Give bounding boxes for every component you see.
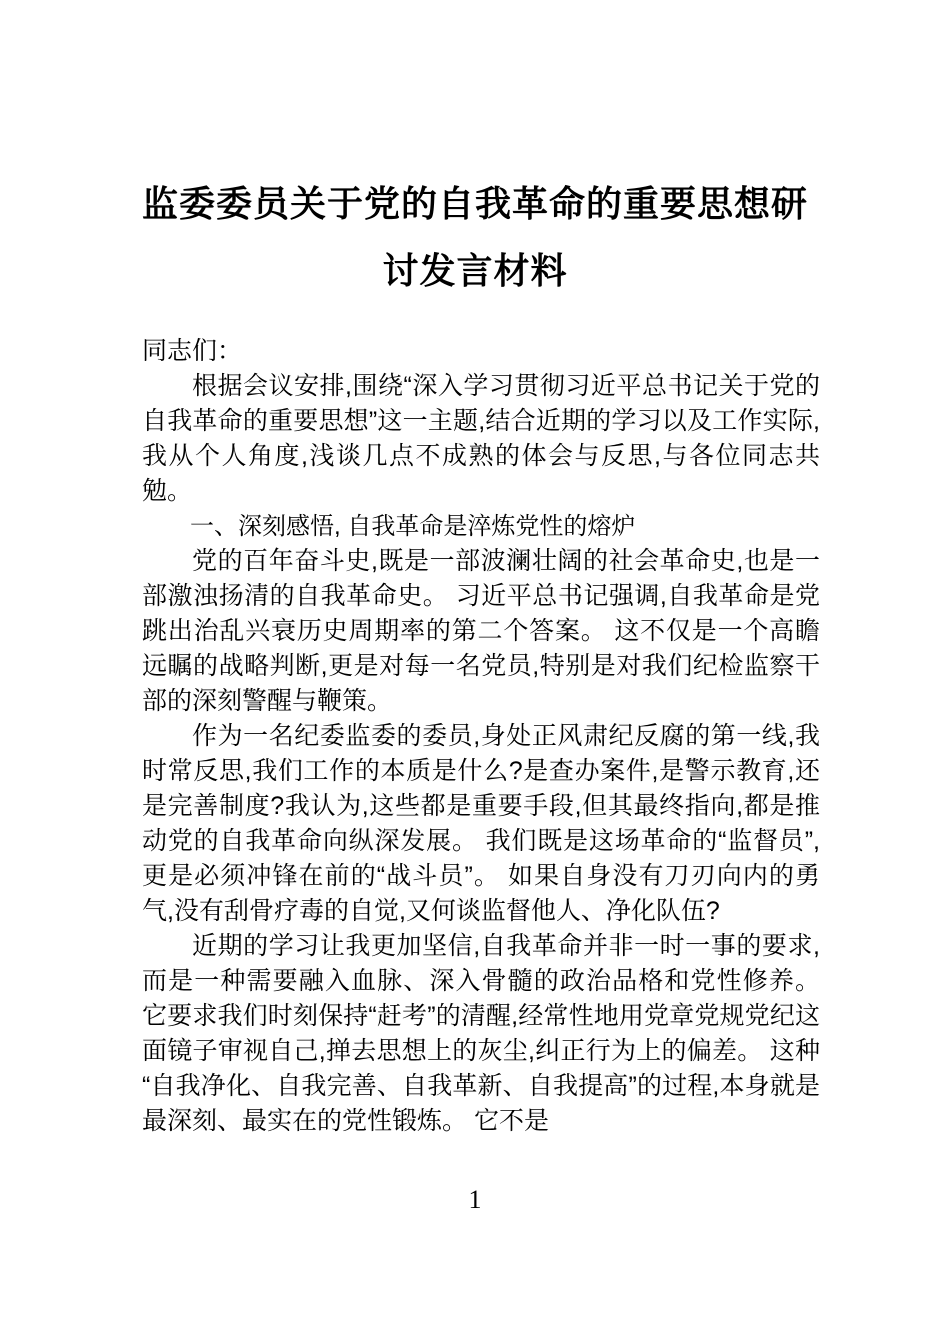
page-number: 1 (0, 1186, 950, 1214)
section-heading-1: 一、深刻感悟, 自我革命是淬炼党性的熔炉 (142, 509, 820, 544)
document-title-line-1: 监委委员关于党的自我革命的重要思想研 (0, 170, 950, 237)
salutation: 同志们： (142, 334, 820, 369)
paragraph-commissioner-reflection: 作为一名纪委监委的委员,身处正风肃纪反腐的第一线,我时常反思,我们工作的本质是什… (142, 719, 820, 929)
document-page: 监委委员关于党的自我革命的重要思想研 讨发言材料 同志们： 根据会议安排,围绕“… (0, 0, 950, 1344)
document-title-line-2: 讨发言材料 (0, 237, 950, 304)
document-body: 同志们： 根据会议安排,围绕“深入学习贯彻习近平总书记关于党的自我革命的重要思想… (142, 334, 820, 1139)
paragraph-recent-study: 近期的学习让我更加坚信,自我革命并非一时一事的要求,而是一种需要融入血脉、深入骨… (142, 929, 820, 1139)
paragraph-party-history: 党的百年奋斗史,既是一部波澜壮阔的社会革命史,也是一部激浊扬清的自我革命史。 习… (142, 544, 820, 719)
document-title: 监委委员关于党的自我革命的重要思想研 讨发言材料 (0, 170, 950, 304)
paragraph-intro: 根据会议安排,围绕“深入学习贯彻习近平总书记关于党的自我革命的重要思想”这一主题… (142, 369, 820, 509)
